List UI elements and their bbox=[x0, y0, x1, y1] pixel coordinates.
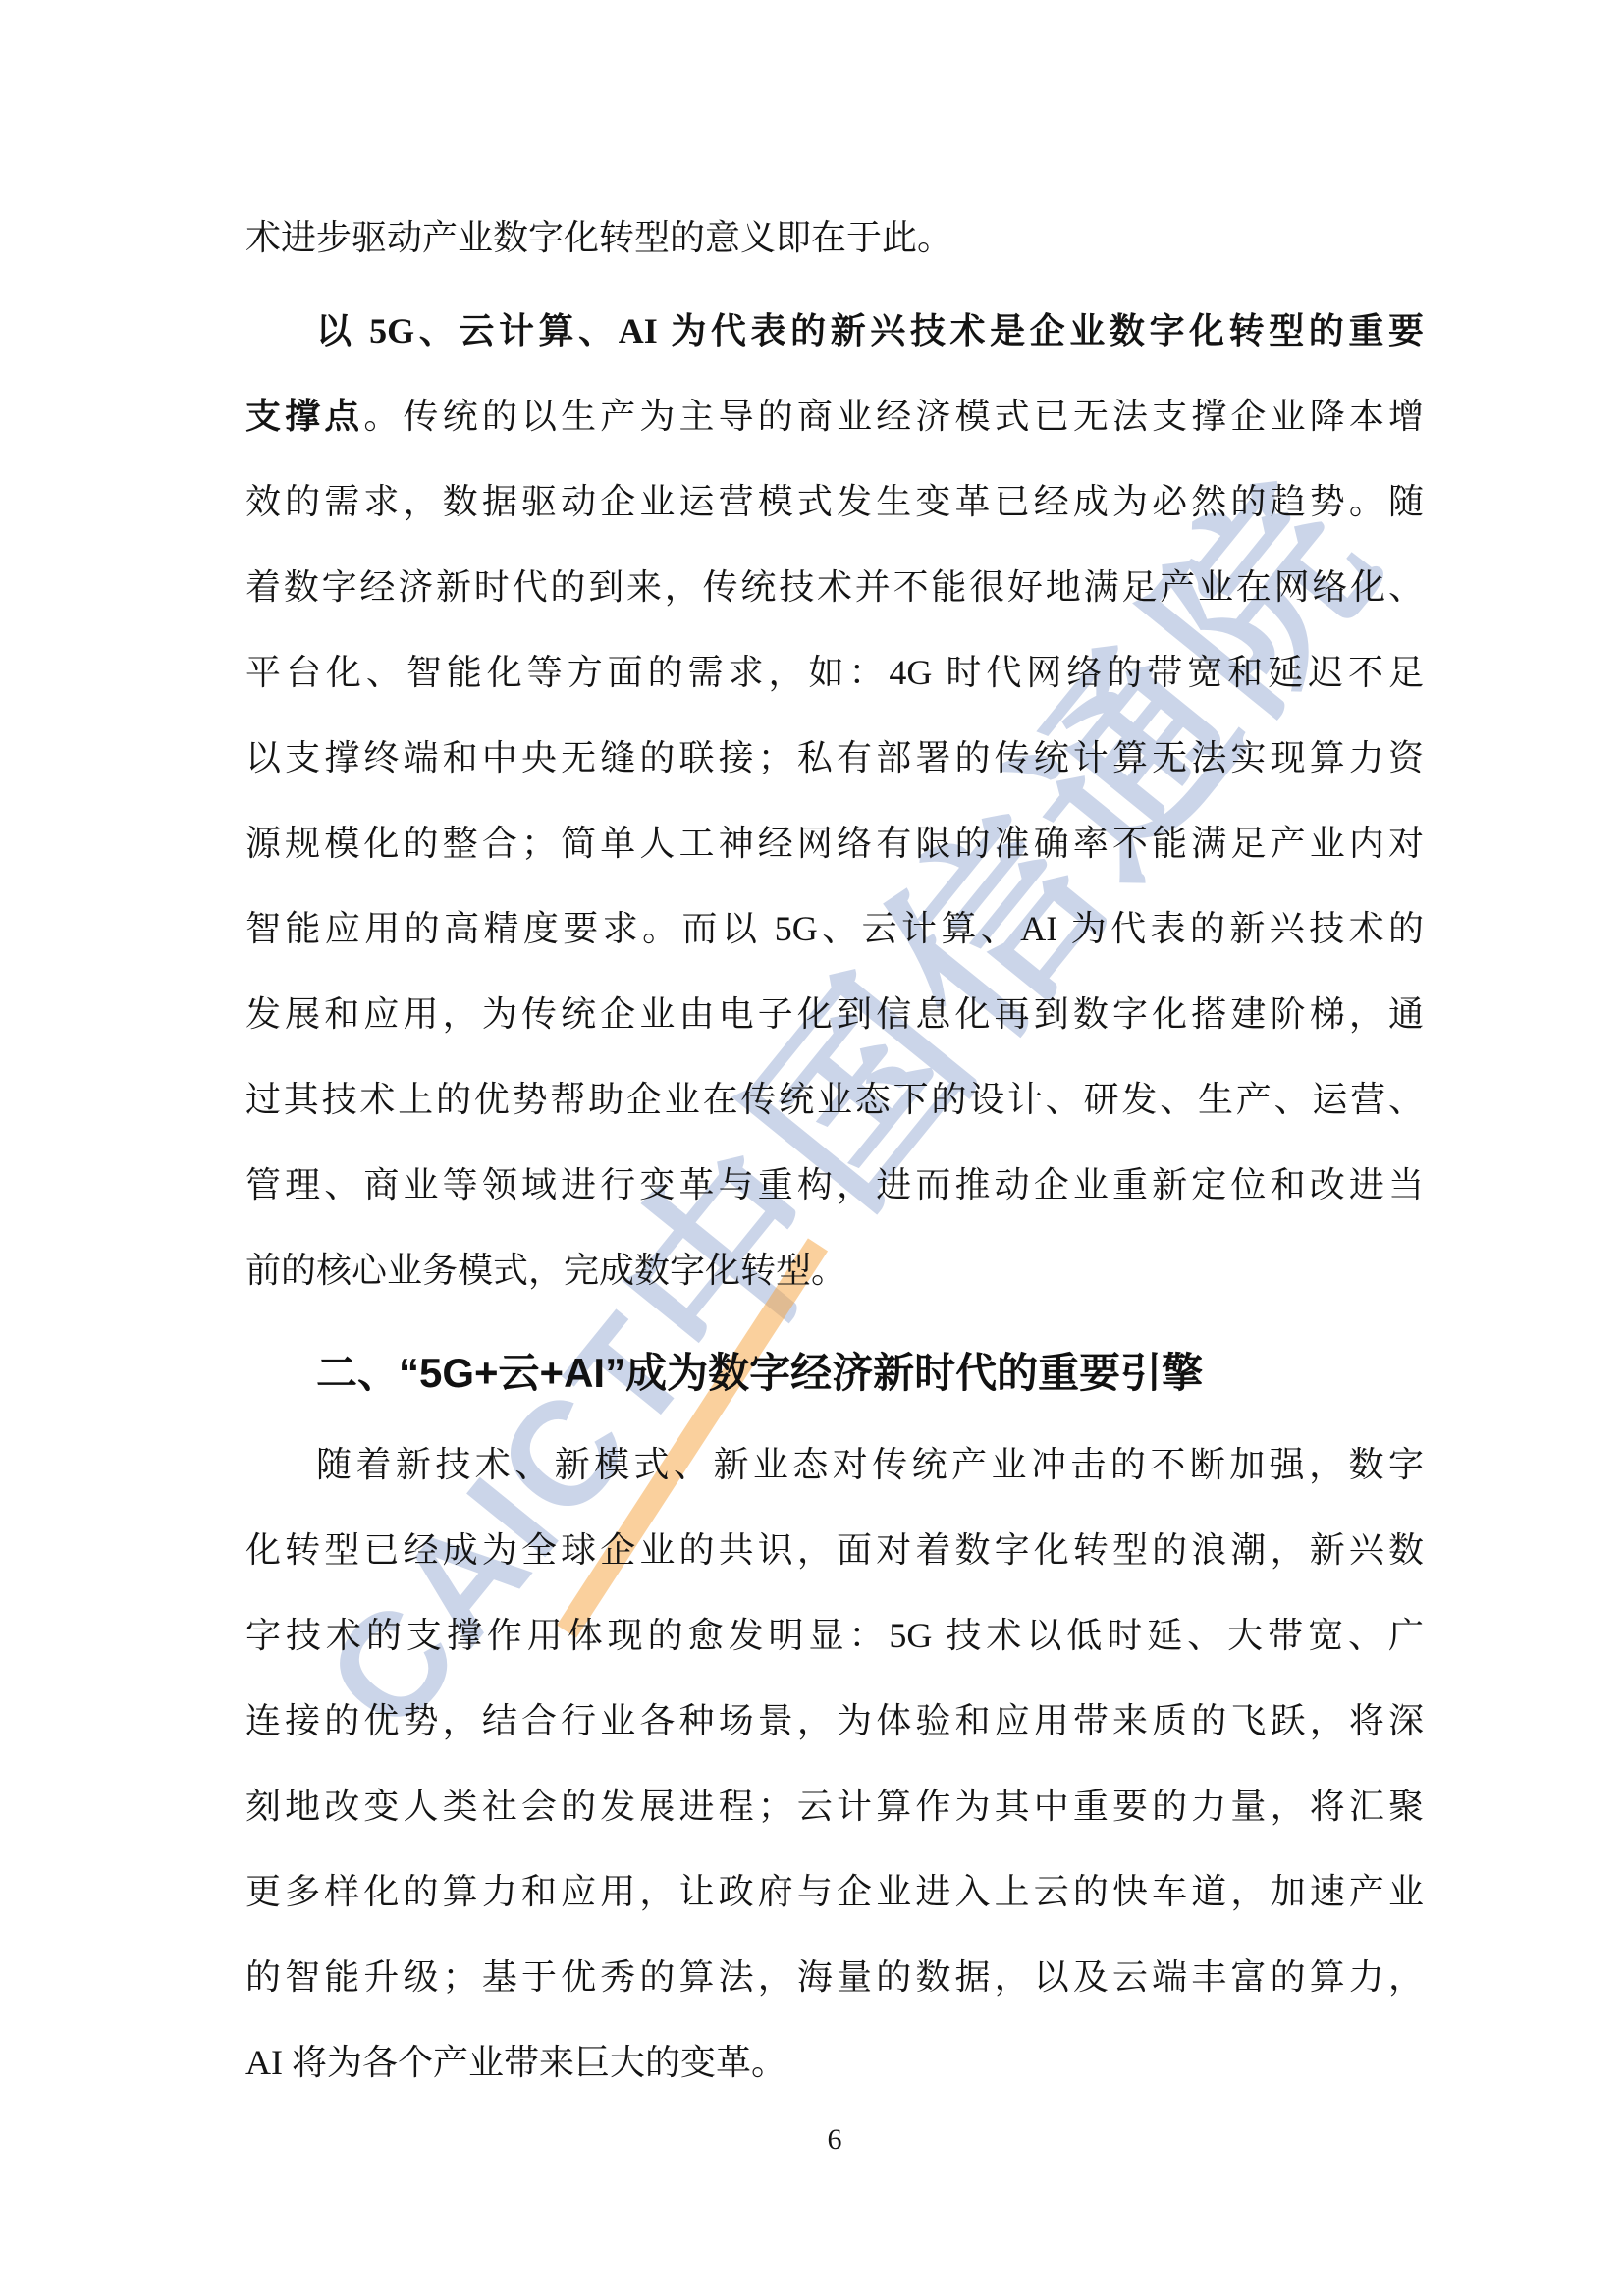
text-line: 过其技术上的优势帮助企业在传统业态下的设计、研发、生产、运营、 bbox=[245, 1057, 1424, 1143]
text-segment: 更多样化的算力和应用，让政府与企业进入上云的快车道，加速产业 bbox=[245, 1872, 1424, 1911]
text-segment: 的智能升级；基于优秀的算法，海量的数据，以及云端丰富的算力， bbox=[245, 1957, 1424, 1997]
text-segment: 支撑点 bbox=[245, 397, 363, 436]
text-segment: 连接的优势，结合行业各种场景，为体验和应用带来质的飞跃，将深 bbox=[245, 1701, 1424, 1740]
text-line: 更多样化的算力和应用，让政府与企业进入上云的快车道，加速产业 bbox=[245, 1849, 1424, 1935]
text-segment: 以 5G、云计算、AI 为代表的新兴技术是企业数字化转型的重要 bbox=[316, 311, 1424, 350]
section-heading: 二、“5G+云+AI”成为数字经济新时代的重要引擎 bbox=[245, 1343, 1424, 1404]
paragraph-continuation: 术进步驱动产业数字化转型的意义即在于此。 bbox=[245, 195, 1424, 281]
text-segment: 化转型已经成为全球企业的共识，面对着数字化转型的浪潮，新兴数 bbox=[245, 1530, 1424, 1570]
text-segment: 过其技术上的优势帮助企业在传统业态下的设计、研发、生产、运营、 bbox=[245, 1080, 1424, 1119]
text-line: 连接的优势，结合行业各种场景，为体验和应用带来质的飞跃，将深 bbox=[245, 1679, 1424, 1764]
text-segment: 效的需求，数据驱动企业运营模式发生变革已经成为必然的趋势。随 bbox=[245, 482, 1424, 521]
text-line: 源规模化的整合；简单人工神经网络有限的准确率不能满足产业内对 bbox=[245, 801, 1424, 886]
text-line: 着数字经济新时代的到来，传统技术并不能很好地满足产业在网络化、 bbox=[245, 545, 1424, 630]
text-line: 效的需求，数据驱动企业运营模式发生变革已经成为必然的趋势。随 bbox=[245, 459, 1424, 545]
paragraph-1: 以 5G、云计算、AI 为代表的新兴技术是企业数字化转型的重要支撑点。传统的以生… bbox=[245, 289, 1424, 1313]
text-line: 随着新技术、新模式、新业态对传统产业冲击的不断加强，数字 bbox=[245, 1422, 1424, 1508]
text-segment: 术进步驱动产业数字化转型的意义即在于此。 bbox=[245, 218, 952, 257]
page-number: 6 bbox=[245, 2120, 1424, 2160]
text-segment: 以支撑终端和中央无缝的联接；私有部署的传统计算无法实现算力资 bbox=[245, 738, 1424, 777]
text-segment: 。传统的以生产为主导的商业经济模式已无法支撑企业降本增 bbox=[363, 397, 1424, 436]
text-segment: 着数字经济新时代的到来，传统技术并不能很好地满足产业在网络化、 bbox=[245, 567, 1424, 607]
text-segment: AI 将为各个产业带来巨大的变革。 bbox=[245, 2043, 786, 2082]
text-line: 刻地改变人类社会的发展进程；云计算作为其中重要的力量，将汇聚 bbox=[245, 1764, 1424, 1849]
text-line: 的智能升级；基于优秀的算法，海量的数据，以及云端丰富的算力， bbox=[245, 1935, 1424, 2020]
text-segment: 管理、商业等领域进行变革与重构，进而推动企业重新定位和改进当 bbox=[245, 1165, 1424, 1204]
text-line: 平台化、智能化等方面的需求，如：4G 时代网络的带宽和延迟不足 bbox=[245, 630, 1424, 716]
text-segment: 刻地改变人类社会的发展进程；云计算作为其中重要的力量，将汇聚 bbox=[245, 1787, 1424, 1826]
text-line: 字技术的支撑作用体现的愈发明显：5G 技术以低时延、大带宽、广 bbox=[245, 1593, 1424, 1679]
text-segment: 字技术的支撑作用体现的愈发明显：5G 技术以低时延、大带宽、广 bbox=[245, 1616, 1424, 1655]
text-line: 化转型已经成为全球企业的共识，面对着数字化转型的浪潮，新兴数 bbox=[245, 1508, 1424, 1593]
text-line: 以 5G、云计算、AI 为代表的新兴技术是企业数字化转型的重要 bbox=[245, 289, 1424, 374]
text-line: AI 将为各个产业带来巨大的变革。 bbox=[245, 2020, 1424, 2106]
text-segment: 随着新技术、新模式、新业态对传统产业冲击的不断加强，数字 bbox=[316, 1445, 1424, 1484]
text-segment: 智能应用的高精度要求。而以 5G、云计算、AI 为代表的新兴技术的 bbox=[245, 909, 1424, 948]
text-line: 管理、商业等领域进行变革与重构，进而推动企业重新定位和改进当 bbox=[245, 1143, 1424, 1228]
text-line: 智能应用的高精度要求。而以 5G、云计算、AI 为代表的新兴技术的 bbox=[245, 886, 1424, 972]
text-line: 术进步驱动产业数字化转型的意义即在于此。 bbox=[245, 195, 1424, 281]
document-page: CAICT中国信通院 术进步驱动产业数字化转型的意义即在于此。 以 5G、云计算… bbox=[0, 0, 1624, 2296]
text-line: 以支撑终端和中央无缝的联接；私有部署的传统计算无法实现算力资 bbox=[245, 716, 1424, 801]
text-segment: 源规模化的整合；简单人工神经网络有限的准确率不能满足产业内对 bbox=[245, 824, 1424, 863]
text-line: 前的核心业务模式，完成数字化转型。 bbox=[245, 1228, 1424, 1313]
paragraph-2: 随着新技术、新模式、新业态对传统产业冲击的不断加强，数字化转型已经成为全球企业的… bbox=[245, 1422, 1424, 2106]
text-segment: 前的核心业务模式，完成数字化转型。 bbox=[245, 1251, 846, 1290]
text-segment: 发展和应用，为传统企业由电子化到信息化再到数字化搭建阶梯，通 bbox=[245, 994, 1424, 1034]
text-segment: 平台化、智能化等方面的需求，如：4G 时代网络的带宽和延迟不足 bbox=[245, 653, 1424, 692]
text-line: 支撑点。传统的以生产为主导的商业经济模式已无法支撑企业降本增 bbox=[245, 374, 1424, 459]
text-line: 发展和应用，为传统企业由电子化到信息化再到数字化搭建阶梯，通 bbox=[245, 972, 1424, 1057]
